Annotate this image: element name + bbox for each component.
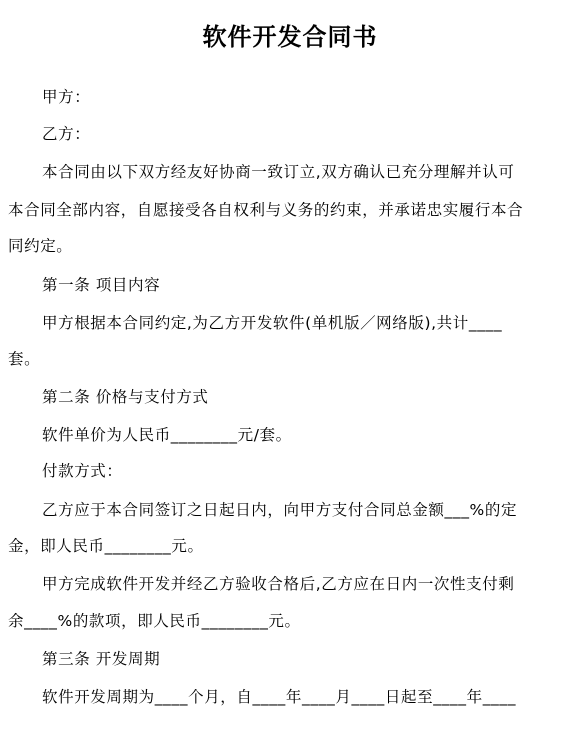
party-b-label: 乙方： [42,124,586,144]
title-text: 软件开发合同书 [203,20,378,54]
article2-balance-line-1: 甲方完成软件开发并经乙方验收合格后,乙方应在日内一次性支付剩 [42,574,586,594]
article2-deposit-line-2: 金，即人民币________元。 [8,536,568,556]
article2-balance-line-2: 余____%的款项，即人民币________元。 [8,611,568,631]
article2-deposit-line-1: 乙方应于本合同签订之日起日内，向甲方支付合同总金额___%的定 [42,500,586,520]
article3-line-1: 软件开发周期为____个月，自____年____月____日起至____年___… [42,687,586,707]
article2-unit-price: 软件单价为人民币________元/套。 [42,425,586,445]
document-title: 软件开发合同书 [0,20,586,54]
article1-line-1: 甲方根据本合同约定,为乙方开发软件(单机版／网络版),共计____ [42,313,586,333]
article3-heading: 第三条 开发周期 [42,649,586,669]
intro-line-3: 同约定。 [8,236,568,256]
article2-heading: 第二条 价格与支付方式 [42,387,586,407]
intro-line-2: 本合同全部内容，自愿接受各自权利与义务的约束，并承诺忠实履行本合 [8,200,568,220]
party-a-label: 甲方： [42,87,586,107]
article2-payment-label: 付款方式： [42,461,586,481]
article1-heading: 第一条 项目内容 [42,275,586,295]
intro-line-1: 本合同由以下双方经友好协商一致订立,双方确认已充分理解并认可 [42,162,586,182]
article1-line-2: 套。 [8,349,568,369]
